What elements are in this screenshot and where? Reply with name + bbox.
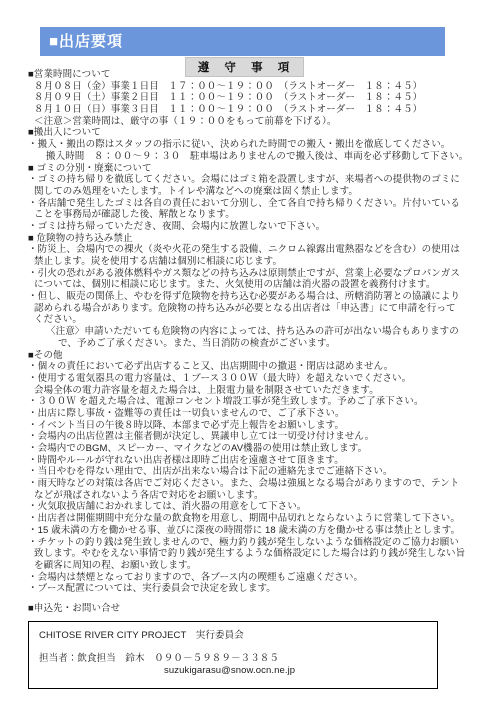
body-line: ８月０９日（土）事業２日目 １１：００～１９：００ （ラストオーダー １８：４５… (28, 92, 462, 104)
body-line: 致します。やむをえない事情で釣り銭が発生するような価格設定にした場合は釣り銭が発… (28, 548, 462, 560)
body-line: ・時間やルールが守れない出店者様は即時ご出店を遠慮させて頂きます。 (28, 455, 462, 467)
body-line: ・搬入・搬出の際はスタッフの指示に従い、決められた時間での搬入・搬出を徹底してく… (28, 139, 462, 151)
body-line: ことを事務局が確認した後、解散となります。 (28, 209, 462, 221)
section-heading: ■営業時間について (28, 69, 462, 81)
contact-org: CHITOSE RIVER CITY PROJECT 実行委員会 (39, 630, 429, 642)
body-line: ＜注意＞営業時間は、厳守の事（１９：００をもって前幕を下げる）。 (28, 116, 462, 128)
body-line: ・ゴミの持ち帰りを徹底してください。会場にはゴミ箱を設置しますが、来場者への提供… (28, 174, 462, 186)
body-line: 搬入時間 ８：００～９：３０ 駐車場はありませんので搬入後は、車両を必ず移動して… (28, 151, 462, 163)
body-line: 禁止します。炭を使用する店舗は個別に相談に応じます。 (28, 256, 462, 268)
contact-blank (39, 641, 429, 653)
contact-heading: ■申込先・お問い合せ (28, 603, 462, 615)
section-heading: ■搬出入について (28, 127, 462, 139)
body-line: ・引火の恐れがある液体燃料やガス類などの持ち込みは原則禁止ですが、営業上必要なプ… (28, 268, 462, 280)
body-line: などが飛ばされないよう各店で対応をお願いします。 (28, 490, 462, 502)
body-line: 認められる場合があります。危険物の持ち込みが必要となる出店者は「申込書」にて申請… (28, 303, 462, 315)
body-line: ・但し、販売の関係上、やむを得ず危険物を持ち込む必要がある場合は、所轄消防署との… (28, 291, 462, 303)
body-line: については、個別に相談に応じます。また、火気使用の店舗は消火器の設置を義務付けま… (28, 279, 462, 291)
body-line: ８月０８日（金）事業１日目 １７：００～１９：００ （ラストオーダー １８：４５… (28, 81, 462, 93)
body-line: ・会場内は禁煙となっておりますので、各ブース内の喫煙もご遠慮ください。 (28, 572, 462, 584)
section-heading: ■ 危険物の持ち込み禁止 (28, 233, 462, 245)
contact-email: suzukigarasu@snow.ocn.ne.jp (39, 665, 429, 677)
body-line: ・出店者は開催期間中充分な量の飲食物を用意し、期間中品切れとならないように営業し… (28, 513, 462, 525)
body-line: ・出店に際し事故・盗難等の責任は一切負いませんので、ご了承下さい。 (28, 408, 462, 420)
body-line: ・ブース配置については、実行委員会で決定を致します。 (28, 583, 462, 595)
sections-container: ■営業時間について８月０８日（金）事業１日目 １７：００～１９：００ （ラストオ… (28, 69, 462, 595)
page-title-bar: ■出店要項 (40, 27, 445, 56)
body-line: ・当日やむを得ない理由で、出店が出来ない場合は下記の連絡先までご連絡下さい。 (28, 466, 462, 478)
document-body: ■営業時間について８月０８日（金）事業１日目 １７：００～１９：００ （ラストオ… (28, 69, 462, 689)
contact-person: 担当者：飲食担当 鈴木 ０９０－５９８９－３３８５ (39, 653, 429, 665)
body-line: ・３００Ｗ を超えた場合は、電源コンセント増設工事が発生致します。予めご了承下さ… (28, 396, 462, 408)
body-line: 〈注意〉申請いただいても危険物の内容によっては、持ち込みの許可が出ない場合もあり… (28, 326, 462, 338)
section-heading: ■その他 (28, 350, 462, 362)
body-line: ・15 歳未満の方を働かせる事、並びに深夜の時間帯に 18 歳未満の方を働かせる… (28, 525, 462, 537)
body-line: を顧客に周知の程、お願い致します。 (28, 560, 462, 572)
body-line: 会場全体の電力許容量を超えた場合は、上限電力量を制限させていただきます。 (28, 385, 462, 397)
body-line: ・会場内でのBGM、スピーカー、マイクなどのAV機器の使用は禁止致します。 (28, 443, 462, 455)
body-line: ・個々の責任において必ず出店すること又、出店期間中の撤退・閉店は認めません。 (28, 361, 462, 373)
body-line: ・火気取扱店舗におかれましては、消火器の用意をして下さい。 (28, 501, 462, 513)
body-line: ・防災上、会場内での裸火（炎や火花の発生する設備、ニクロム線露出電熱器などを含む… (28, 244, 462, 256)
contact-box: CHITOSE RIVER CITY PROJECT 実行委員会担当者：飲食担当… (28, 621, 438, 690)
body-line: 関してのみ処理をいたします。トイレや溝などへの廃棄は固く禁止します。 (28, 186, 462, 198)
body-line: ・イベント当日の午後８時以降、本部まで必ず売上報告をお願いします。 (28, 420, 462, 432)
body-line: ・会場内の出店位置は主催者側が決定し、異議申し立ては一切受け付けません。 (28, 431, 462, 443)
page-title: ■出店要項 (49, 33, 123, 50)
body-line: ８月１０日（日）事業３日目 １１：００～１９：００ （ラストオーダー １８：４５… (28, 104, 462, 116)
body-line: ・雨天時などの対策は各店でご対応ください。また、会場は強風となる場合がありますの… (28, 478, 462, 490)
contact-section: ■申込先・お問い合せ CHITOSE RIVER CITY PROJECT 実行… (28, 603, 462, 689)
body-line: ・チケットの釣り銭は発生致しませんので、極力釣り銭が発生しないような価格設定のご… (28, 537, 462, 549)
body-line: ください。 (28, 314, 462, 326)
body-line: ・使用する電気器具の電力容量は、１ブース３００Ｗ（最大時）を超えないでください。 (28, 373, 462, 385)
body-line: ・ゴミは持ち帰っていただき、夜間、会場内に放置しないで下さい。 (28, 221, 462, 233)
body-line: ・各店舗で発生したゴミは各自の責任において分別し、全て各自で持ち帰りください。片… (28, 198, 462, 210)
section-heading: ■ ゴミの分別・廃棄について (28, 163, 462, 175)
body-line: で、予めご了承ください。また、当日消防の検査がございます。 (28, 338, 462, 350)
